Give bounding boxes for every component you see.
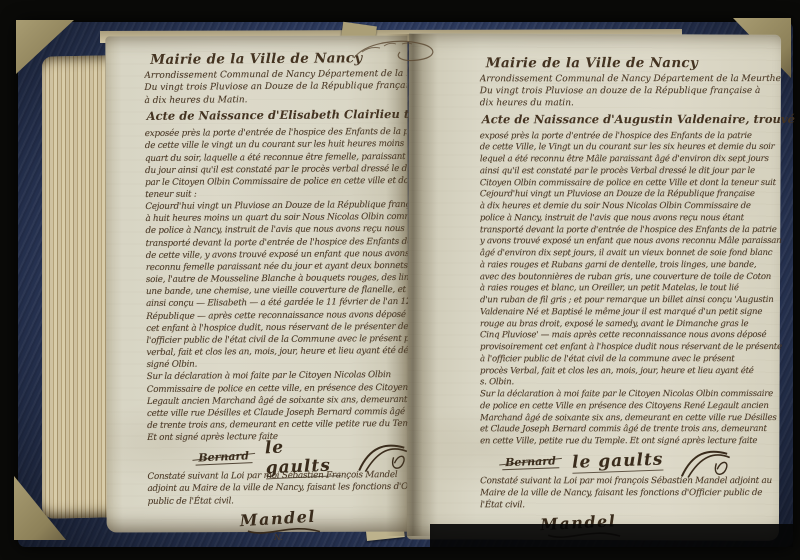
page-block-fore-edge — [42, 55, 112, 518]
manuscript-line: rouge au bras droit, exposé le samedy, a… — [480, 319, 782, 331]
manuscript-line: à dix heures et demie du soir Nous Nicol… — [480, 201, 782, 213]
manuscript-line: de police en cette Ville en présence des… — [480, 401, 782, 413]
manuscript-line: l'État civil. — [480, 499, 782, 511]
official-signature-mandel: Mandel — [239, 507, 316, 531]
witness-signature-legault: le gaults — [571, 450, 663, 474]
photo-background: Mairie de la Ville de Nancy Arrondisseme… — [0, 0, 800, 560]
right-page-heading: Mairie de la Ville de Nancy — [480, 55, 782, 73]
right-certification: Constaté suivant la Loi par moi françois… — [480, 475, 782, 512]
manuscript-line: avec des boutonnières de ruban gris, une… — [480, 272, 782, 284]
left-page-body: exposée près la porte d'entrée de l'hosp… — [145, 126, 409, 444]
right-page: Mairie de la Ville de Nancy Arrondisseme… — [407, 33, 781, 541]
left-page-text: Mairie de la Ville de Nancy Arrondisseme… — [144, 50, 410, 542]
manuscript-line: à raies rouges et Rubans garni de dentel… — [480, 260, 782, 272]
right-page-subtitle: Arrondissement Communal de Nancy Départe… — [480, 73, 782, 110]
manuscript-line: Marchand âgé de soixante six ans, demeur… — [480, 413, 782, 425]
manuscript-line: adjoint au Maire de la ville de Nancy, f… — [148, 481, 410, 495]
witness-signature-bernard: Bernard — [195, 449, 252, 465]
manuscript-line: Sur la déclaration à moi faite par le Ci… — [480, 389, 782, 401]
manuscript-line: public de l'État civil. — [148, 494, 410, 508]
manuscript-line: dix heures du matin. — [480, 97, 782, 109]
manuscript-line: exposé près la porte d'entrée de l'hospi… — [480, 131, 782, 143]
manuscript-line: âgé d'environ dix sept jours, il avait u… — [480, 248, 782, 260]
manuscript-line: à raies rouges et blanc, un Oreiller, un… — [480, 283, 782, 295]
manuscript-line: transporté devant la porte d'entrée de l… — [480, 225, 782, 237]
manuscript-line: Citoyen Olbin commissaire de police en c… — [480, 178, 782, 190]
manuscript-line: Arrondissement Communal de Nancy Départe… — [480, 73, 782, 85]
manuscript-line: Valdenaire Né et Baptisé le même jour il… — [480, 307, 782, 319]
manuscript-line: à l'officier public de l'état civil de l… — [480, 354, 782, 366]
manuscript-line: lequel a été reconnu être Mâle paraissan… — [480, 154, 782, 166]
manuscript-line: Cinq Pluviose' — mais après cette reconn… — [480, 330, 782, 342]
manuscript-line: à dix heures du Matin. — [144, 93, 406, 107]
left-signature-row: Bernard le gaults — [195, 443, 409, 471]
manuscript-line: Cejourd'hui vingt un Pluviose an Douze d… — [480, 189, 782, 201]
manuscript-line: d'un ruban de fil gris ; et pour remarqu… — [480, 295, 782, 307]
right-page-body: exposé près la porte d'entrée de l'hospi… — [480, 131, 782, 449]
witness-signature-legault: le gaults — [264, 435, 341, 479]
manuscript-line: procès Verbal, fait et clos les an, mois… — [480, 366, 782, 378]
left-page: Mairie de la Ville de Nancy Arrondisseme… — [105, 36, 408, 533]
manuscript-line: Constaté suivant la Loi par moi françois… — [480, 475, 782, 487]
manuscript-line: de cette Ville, le Vingt un du courant s… — [480, 142, 782, 154]
left-act-heading: Acte de Naissance d'Elisabeth Clairlieu … — [147, 107, 407, 125]
manuscript-line: ainsi qu'il est constaté par le procès V… — [480, 166, 782, 178]
page-bottom-shadow — [430, 524, 793, 547]
witness-signature-bernard: Bernard — [502, 454, 559, 470]
manuscript-line: Maire de la ville de Nancy, faisant les … — [480, 487, 782, 499]
manuscript-line: Du vingt trois Pluviose an Douze de la R… — [144, 80, 406, 94]
manuscript-line: s. Olbin. — [480, 377, 782, 389]
right-page-text: Mairie de la Ville de Nancy Arrondisseme… — [480, 55, 782, 546]
manuscript-line: et Claude Joseph Bernard commis âgé de t… — [480, 424, 782, 436]
manuscript-line: en cette Ville, petite rue du Temple. Et… — [480, 436, 782, 448]
paraph-flourish-icon — [348, 36, 444, 70]
paraph-initial: N. — [274, 532, 410, 542]
manuscript-line: verbal, fait et clos les an, mois, jour,… — [146, 345, 408, 359]
manuscript-line: par le Citoyen Olbin Commissaire de poli… — [145, 175, 407, 189]
manuscript-line: provisoirement cet enfant à l'hospice du… — [480, 342, 782, 354]
left-official-signature-block: Mandel N. — [240, 508, 410, 541]
manuscript-line: y avons trouvé exposé un enfant que nous… — [480, 236, 782, 248]
manuscript-line: Du vingt trois Pluviose an douze de la R… — [480, 85, 782, 97]
manuscript-line: police à Nancy, instruit de l'avis que n… — [480, 213, 782, 225]
right-act-heading: Acte de Naissance d'Augustin Valdenaire,… — [482, 112, 782, 128]
left-page-subtitle: Arrondissement Communal de Nancy Départe… — [144, 68, 406, 107]
manuscript-line: de trente trois ans, demeurant en cette … — [147, 418, 409, 432]
right-signature-row: Bernard le gaults — [502, 449, 782, 475]
